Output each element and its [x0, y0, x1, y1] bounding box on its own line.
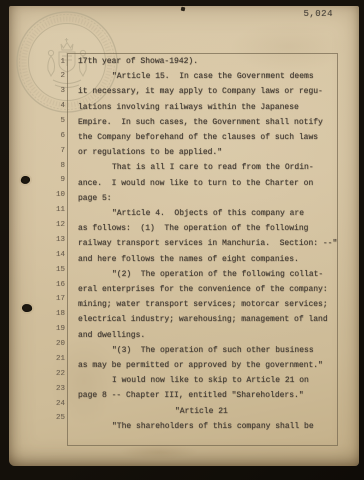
document-line: page 5:	[78, 194, 112, 204]
paper: 5,024 1234567891011121314151617181920212…	[9, 6, 359, 466]
document-line: mining; water transport services; motorc…	[78, 300, 328, 310]
document-line: "Article 21	[175, 407, 228, 417]
document-line: "Article 15. In case the Government deem…	[112, 72, 314, 82]
document-line: lations involving railways within the Ja…	[78, 103, 299, 113]
document-line: I would now like to skip to Article 21 o…	[112, 376, 309, 386]
document-line: electrical industry; warehousing; manage…	[78, 315, 328, 325]
document-line: ance. I would now like to turn to the Ch…	[78, 179, 313, 189]
document-line: eral enterprises for the convenience of …	[78, 285, 328, 295]
document-line: the Company beforehand of the clauses of…	[78, 133, 318, 143]
document-line: Empire. In such cases, the Government sh…	[78, 118, 323, 128]
document-line: page 8 -- Chapter III, entitled "Shareho…	[78, 391, 304, 401]
document-line: railway transport services in Manchuria.…	[78, 239, 337, 249]
typed-lines: 17th year of Showa-1942)."Article 15. In…	[9, 6, 359, 466]
document-line: 17th year of Showa-1942).	[78, 57, 198, 67]
document-line: and dwellings.	[78, 331, 145, 341]
document-line: it necessary, it may apply to Company la…	[78, 87, 323, 97]
document-line: "(2) The operation of the following coll…	[112, 270, 323, 280]
document-line: "(3) The operation of such other busines…	[112, 346, 314, 356]
document-line: "Article 4. Objects of this company are	[112, 209, 304, 219]
document-line: as follows: (1) The operation of the fol…	[78, 224, 308, 234]
document-line: or regulations to be applied."	[78, 148, 222, 158]
scanned-document-page: 5,024 1234567891011121314151617181920212…	[0, 0, 364, 480]
document-line: That is all I care to read from the Ordi…	[112, 163, 314, 173]
document-line: "The shareholders of this company shall …	[112, 422, 314, 432]
document-line: as may be permitted or approved by the g…	[78, 361, 323, 371]
document-line: and here follows the names of eight comp…	[78, 255, 299, 265]
